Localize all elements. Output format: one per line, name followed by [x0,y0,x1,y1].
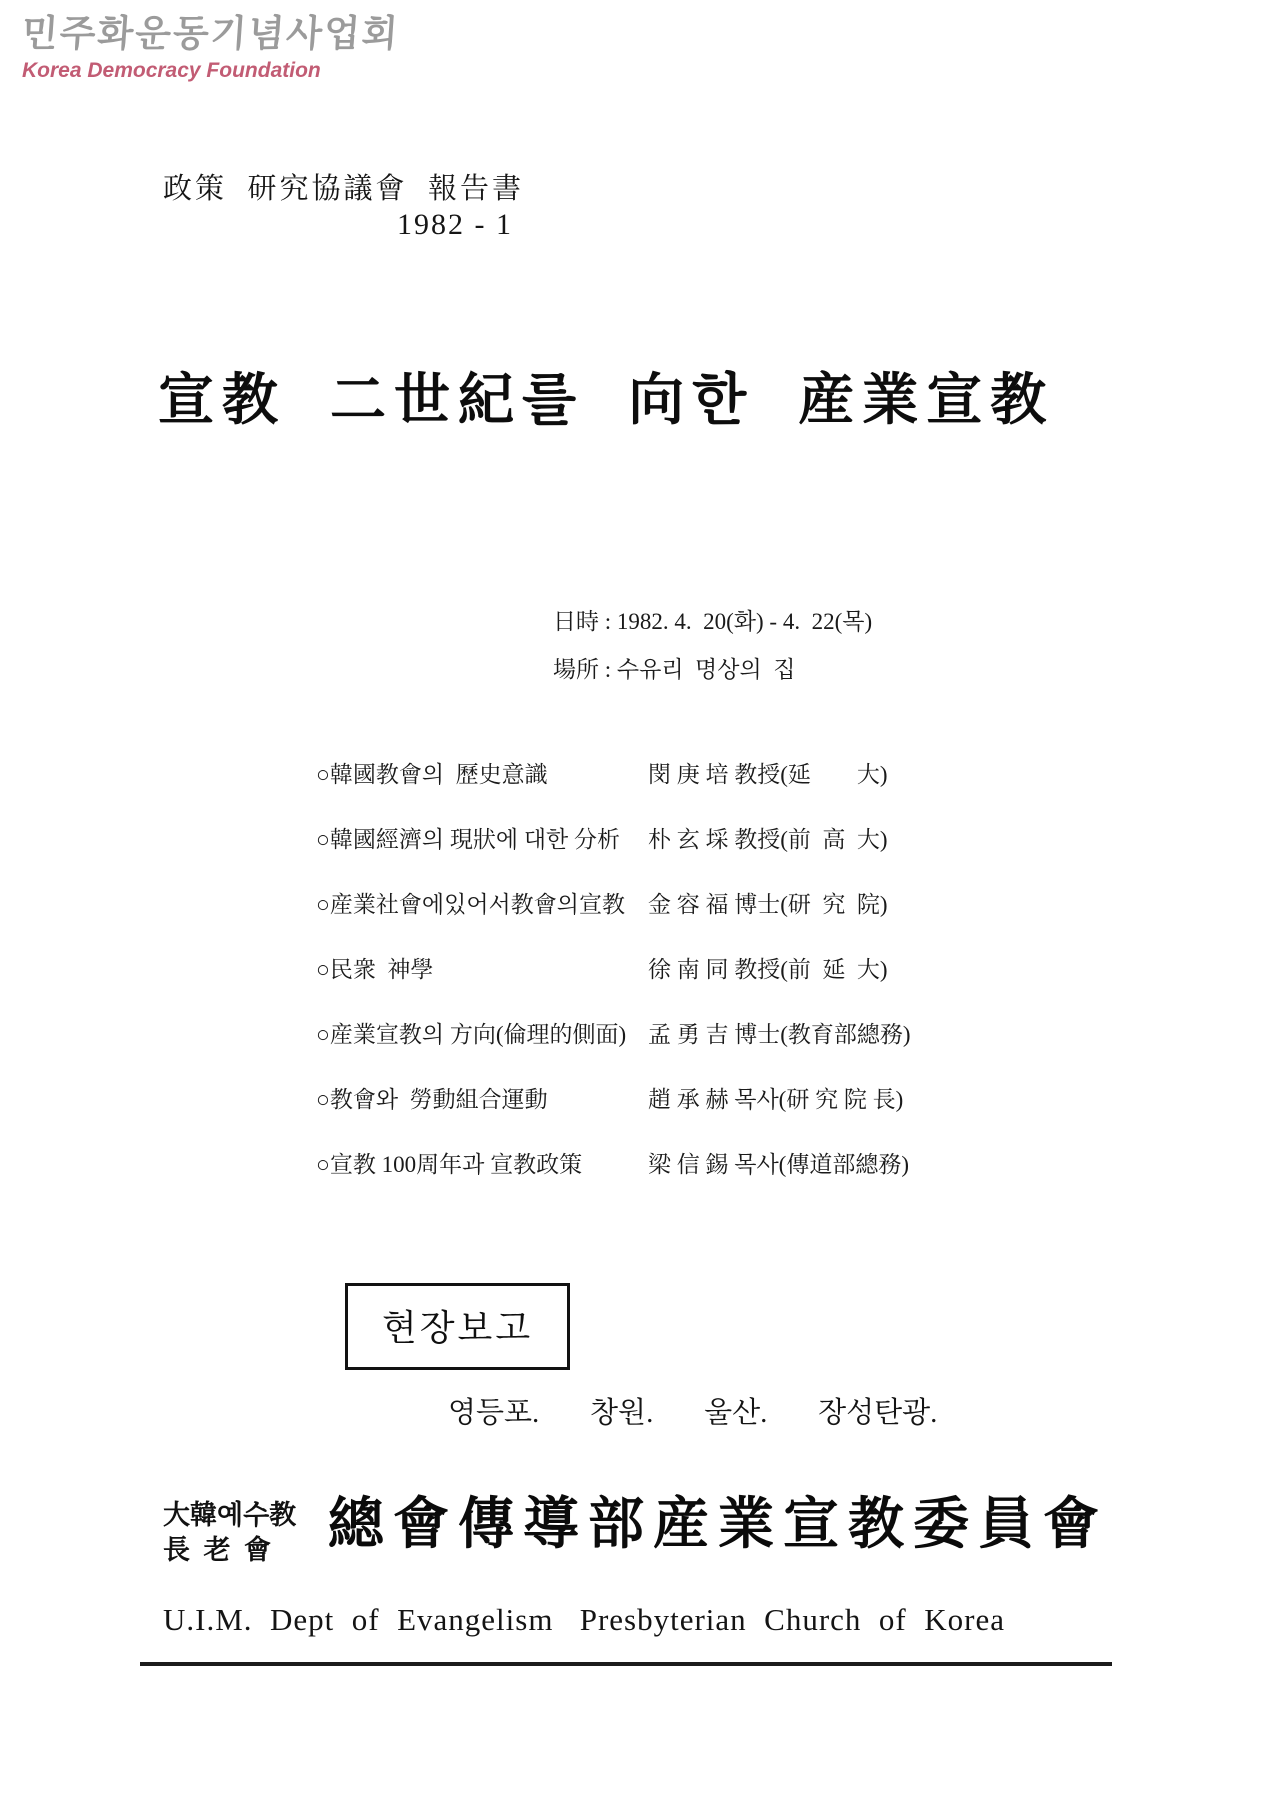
org-denomination: 大韓예수教 長 老 會 [163,1498,296,1568]
kdf-logo-english-text: Korea Democracy Foundation [22,59,399,82]
program-item: ○教會와 勞動組合運動 趙 承 赫 목사(研 究 院 長) [316,1081,1146,1146]
program-presenter: 趙 承 赫 목사(研 究 院 長) [648,1081,903,1114]
program-list: ○韓國教會의 歷史意識 閔 庚 培 教授(延 大) ○韓國經濟의 現狀에 대한 … [316,756,1146,1211]
program-item: ○産業宣教의 方向(倫理的側面) 孟 勇 吉 博士(教育部總務) [316,1016,1146,1081]
program-presenter: 朴 玄 埰 教授(前 高 大) [648,821,888,854]
program-item: ○韓國教會의 歷史意識 閔 庚 培 教授(延 大) [316,756,1146,821]
program-item: ○民衆 神學 徐 南 同 教授(前 延 大) [316,951,1146,1016]
meta-venue: 場所 : 수유리 명상의 집 [553,646,872,694]
report-series-label: 政策 研究協議會 報告書 [163,166,524,207]
program-topic: ○教會와 勞動組合運動 [316,1081,648,1114]
program-topic: ○産業宣教의 方向(倫理的側面) [316,1016,648,1049]
field-report-locations: 영등포. 창원. 울산. 장성탄광. [448,1390,937,1431]
program-presenter: 梁 信 錫 목사(傳道部總務) [648,1146,909,1179]
kdf-logo-korean-text: 민주화운동기념사업회 [21,14,401,55]
program-presenter: 徐 南 同 教授(前 延 大) [648,951,888,984]
field-report-box: 현장보고 [345,1283,570,1370]
program-topic: ○韓國教會의 歷史意識 [316,756,648,789]
program-topic: ○宣教 100周年과 宣教政策 [316,1146,648,1179]
program-presenter: 閔 庚 培 教授(延 大) [648,756,888,789]
meta-block: 日時 : 1982. 4. 20(화) - 4. 22(목) 場所 : 수유리 … [553,598,872,694]
program-presenter: 金 容 福 博士(研 究 院) [648,886,888,919]
program-item: ○産業社會에있어서教會의宣教 金 容 福 博士(研 究 院) [316,886,1146,951]
document-page: 민주화운동기념사업회 Korea Democracy Foundation 政策… [0,0,1268,1808]
org-denomination-line1: 大韓예수教 [163,1498,296,1533]
document-title: 宣教 二世紀를 向한 産業宣教 [158,356,1054,436]
kdf-logo: 민주화운동기념사업회 Korea Democracy Foundation [22,14,399,82]
program-topic: ○産業社會에있어서教會의宣教 [316,886,648,919]
program-topic: ○民衆 神學 [316,951,648,984]
report-number: 1982 - 1 [397,208,513,242]
org-english-name: U.I.M. Dept of Evangelism Presbyterian C… [140,1602,1112,1666]
meta-datetime: 日時 : 1982. 4. 20(화) - 4. 22(목) [553,598,872,646]
program-item: ○韓國經濟의 現狀에 대한 分析 朴 玄 埰 教授(前 高 大) [316,821,1146,886]
org-title: 總會傳導部産業宣教委員會 [328,1480,1108,1560]
program-item: ○宣教 100周年과 宣教政策 梁 信 錫 목사(傳道部總務) [316,1146,1146,1211]
org-denomination-line2: 長 老 會 [163,1533,296,1568]
program-presenter: 孟 勇 吉 博士(教育部總務) [648,1016,911,1049]
field-report-label: 현장보고 [382,1308,533,1348]
program-topic: ○韓國經濟의 現狀에 대한 分析 [316,821,648,854]
